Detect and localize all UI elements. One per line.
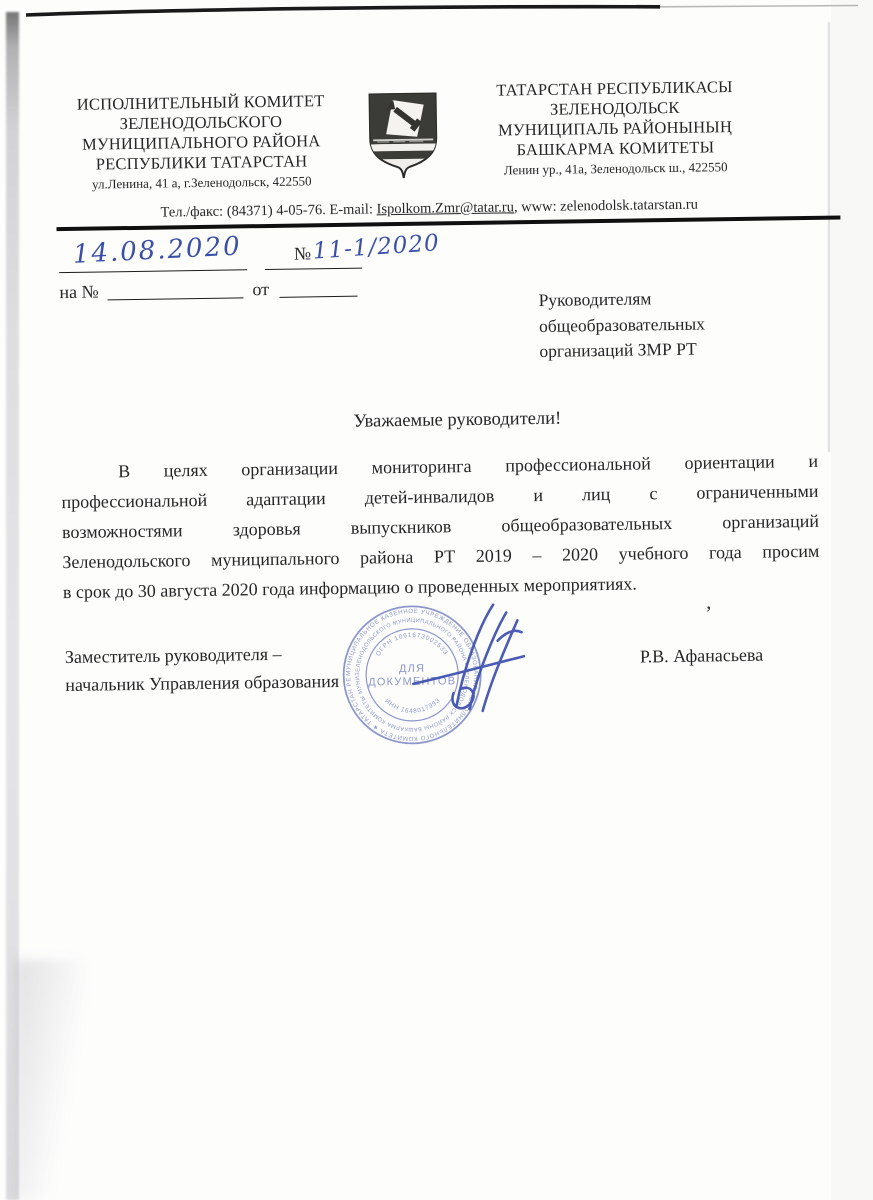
letter-content: ИСПОЛНИТЕЛЬНЫЙ КОМИТЕТ ЗЕЛЕНОДОЛЬСКОГО М… <box>0 0 873 1200</box>
signature-scribble <box>0 0 873 1200</box>
